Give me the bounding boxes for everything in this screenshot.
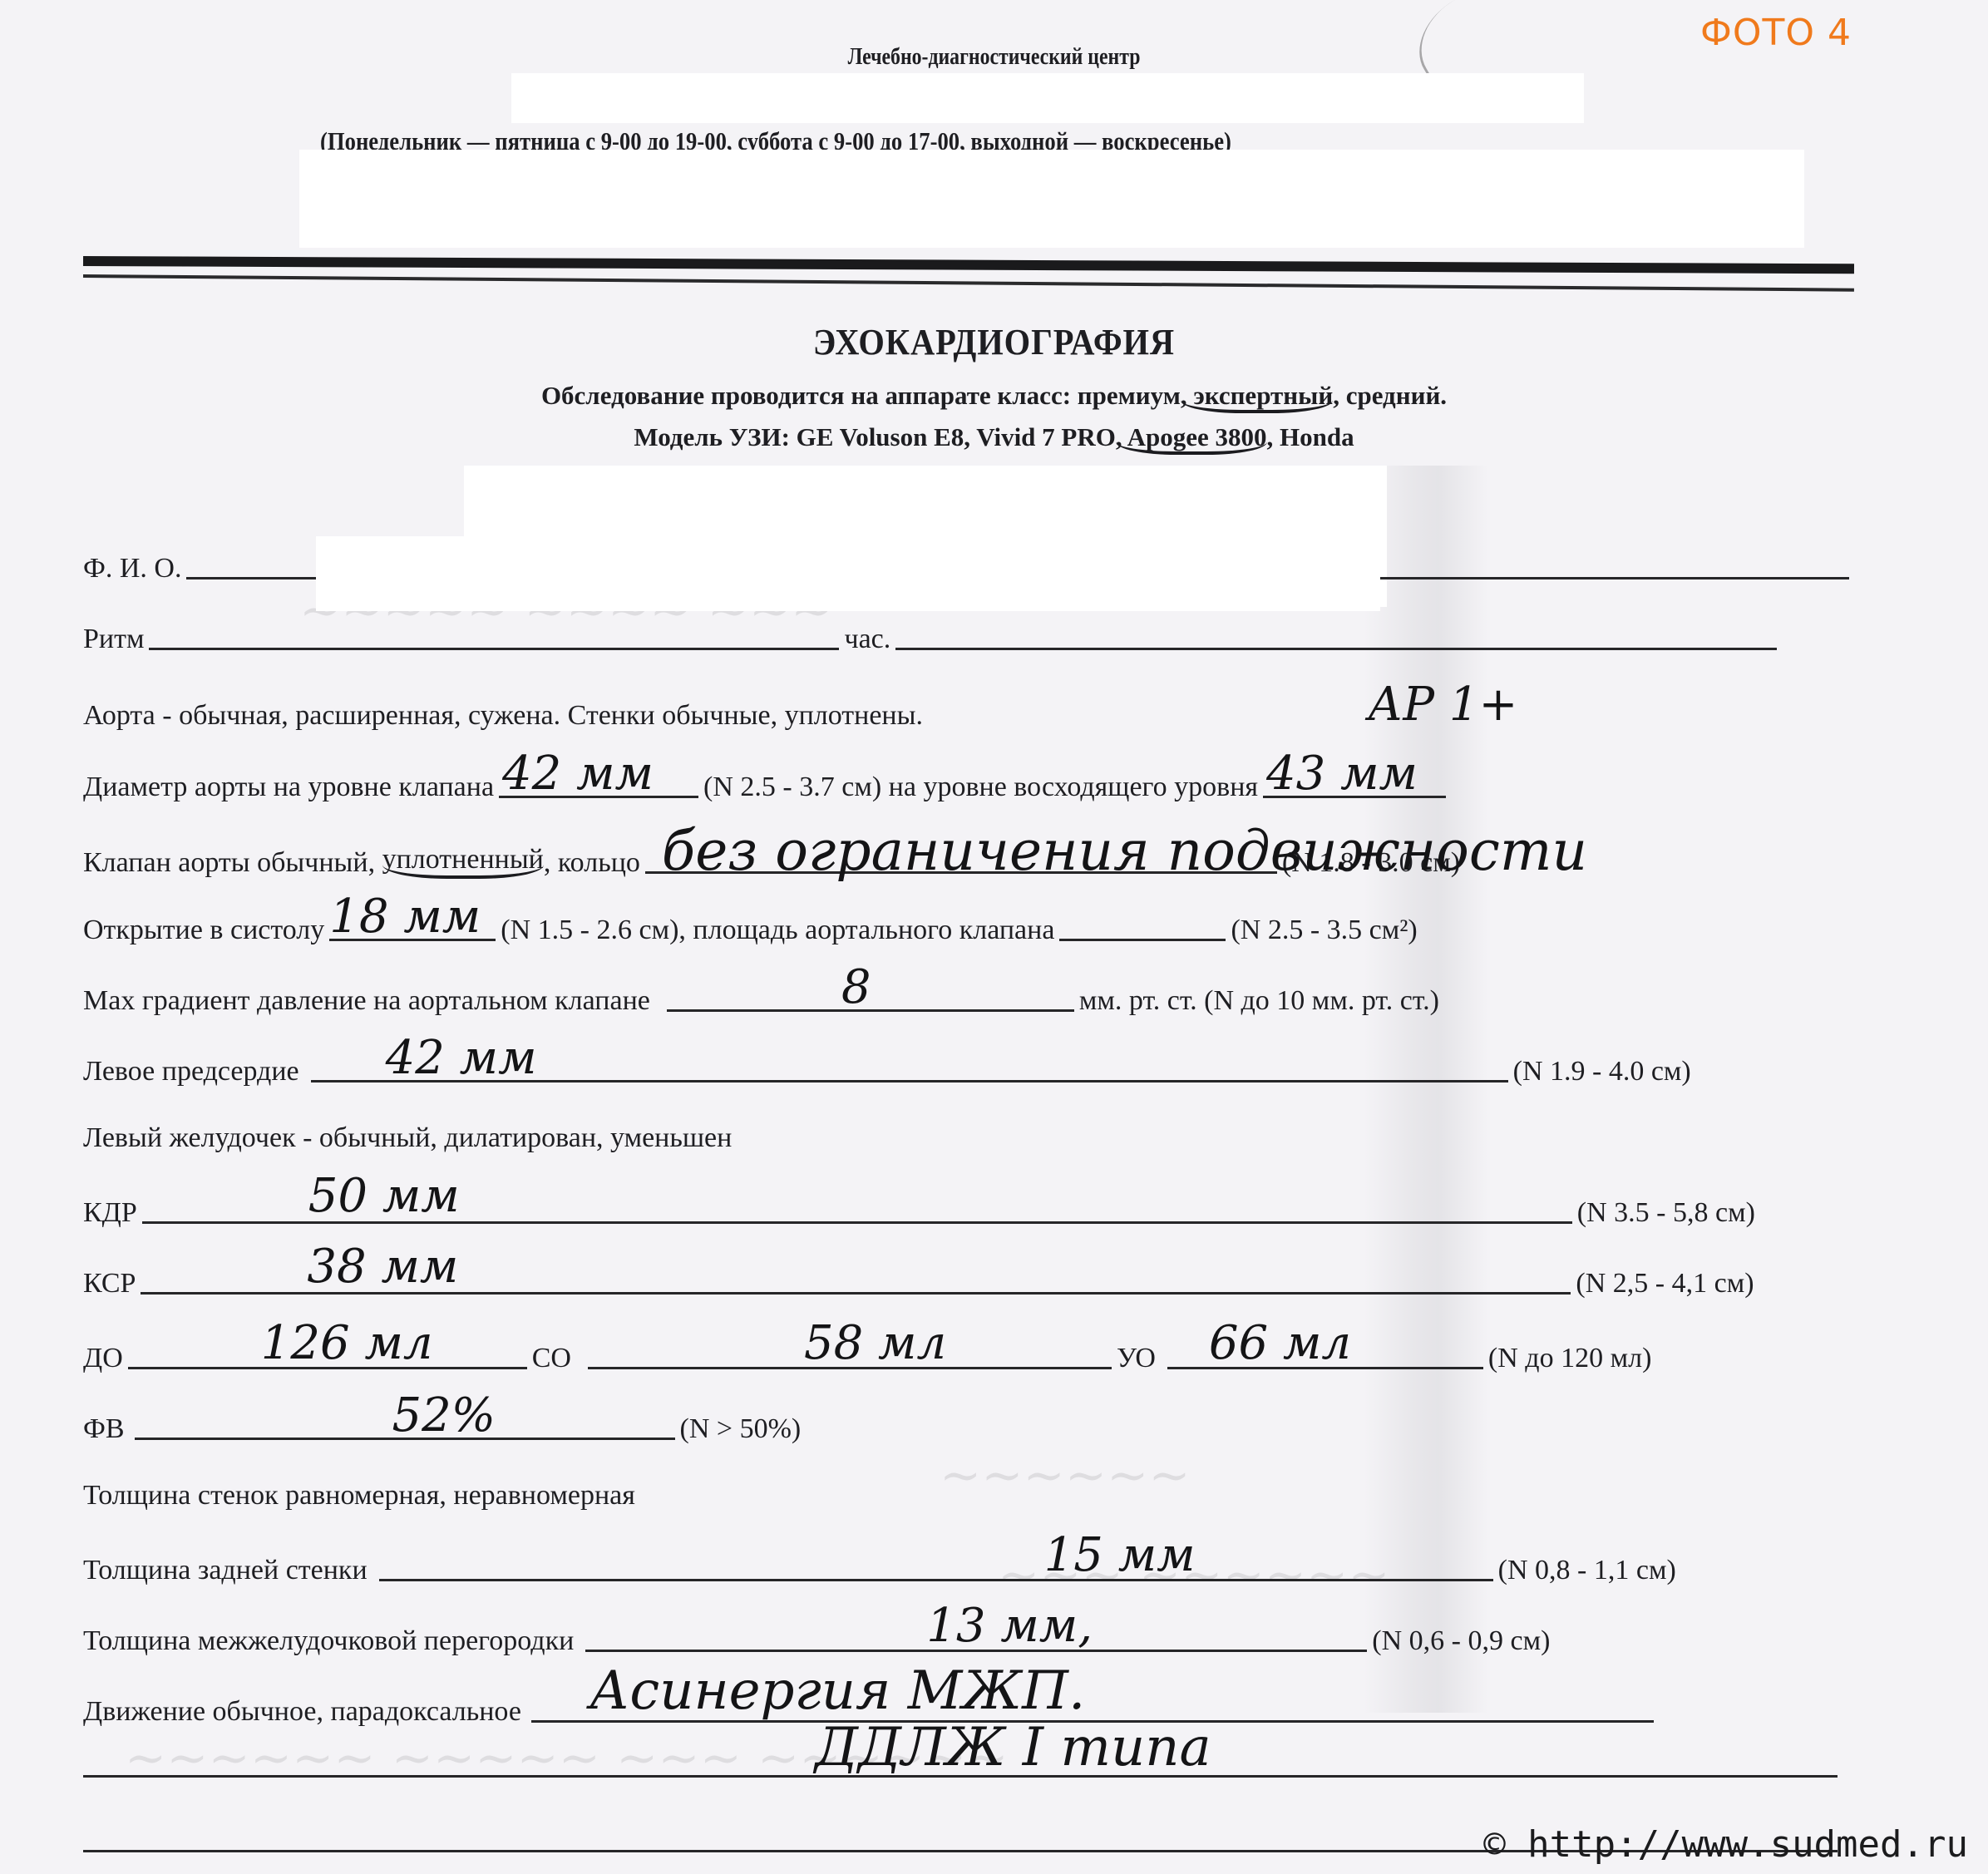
posterior-wall-row: Толщина задней стенки 15 мм (N 0,8 - 1,1… <box>83 1555 1676 1586</box>
kdr-label: КДР <box>83 1197 137 1229</box>
kdr-norm: (N 3.5 - 5,8 см) <box>1577 1197 1755 1229</box>
ef-value: 52% <box>392 1388 496 1442</box>
device-class-line: Обследование проводится на аппарате клас… <box>0 381 1988 411</box>
motion-label: Движение обычное, парадоксальное <box>83 1696 521 1728</box>
aortic-valve-label-suffix: , кольцо <box>544 847 640 879</box>
septum-field[interactable]: 13 мм, <box>585 1650 1367 1652</box>
ksr-label: КСР <box>83 1268 136 1299</box>
rhythm-field[interactable] <box>149 648 839 650</box>
systole-opening-norm: (N 1.5 - 2.6 см), <box>501 915 686 946</box>
header-rule <box>83 274 1854 292</box>
redaction-box <box>299 150 1804 248</box>
device-class-prefix: Обследование проводится на аппарате клас… <box>541 381 1181 410</box>
posterior-wall-value: 15 мм <box>1044 1528 1196 1582</box>
ksr-field[interactable]: 38 мм <box>141 1292 1571 1295</box>
wall-uniformity-label: Толщина стенок равномерная, неравномерна… <box>83 1480 635 1512</box>
systole-opening-row: Открытие в систолу 18 мм (N 1.5 - 2.6 см… <box>83 915 1418 946</box>
systole-opening-value: 18 мм <box>329 890 481 944</box>
valve-area-label: площадь аортального клапана <box>693 915 1054 946</box>
motion-value-line2: ДДЛЖ I типа <box>815 1717 1211 1778</box>
aorta-label: Аорта - обычная, расширенная, сужена. Ст… <box>83 700 923 732</box>
valve-area-norm: (N 2.5 - 3.5 см²) <box>1231 915 1417 946</box>
esv-value: 58 мл <box>804 1316 946 1370</box>
header-rule <box>83 256 1854 274</box>
ksr-value: 38 мм <box>307 1240 458 1294</box>
bleed-through-text: ~~~~~~ <box>940 1447 1191 1505</box>
device-class-suffix: , средний. <box>1333 381 1447 410</box>
left-atrium-field[interactable]: 42 мм <box>311 1080 1508 1082</box>
max-gradient-field[interactable]: 8 <box>667 1009 1074 1012</box>
ef-field[interactable]: 52% <box>135 1438 675 1440</box>
edv-label: ДО <box>83 1343 123 1374</box>
septum-norm: (N 0,6 - 0,9 см) <box>1372 1625 1550 1657</box>
ascending-aorta-value: 43 мм <box>1266 747 1418 801</box>
fio-label: Ф. И. О. <box>83 553 181 584</box>
device-model-suffix: , Honda <box>1267 422 1354 451</box>
ascending-aorta-field[interactable]: 43 мм <box>1263 796 1446 798</box>
posterior-wall-norm: (N 0,8 - 1,1 см) <box>1498 1555 1676 1586</box>
left-atrium-label: Левое предсердие <box>83 1056 299 1087</box>
redaction-box <box>316 536 1380 611</box>
device-model-line: Модель УЗИ: GE Voluson E8, Vivid 7 PRO, … <box>0 422 1988 452</box>
left-ventricle-label: Левый желудочек - обычный, дилатирован, … <box>83 1122 732 1154</box>
device-model-selected: , Apogee 3800 <box>1116 422 1267 455</box>
sv-label: УО <box>1117 1343 1156 1374</box>
left-atrium-norm: (N 1.9 - 4.0 см) <box>1513 1056 1691 1087</box>
rhythm-unit: час. <box>844 624 890 655</box>
max-gradient-value: 8 <box>841 960 871 1014</box>
aortic-ring-field[interactable]: без ограничения подвижности <box>645 871 1277 874</box>
device-class-selected: , экспертный <box>1181 381 1333 413</box>
aorta-diameter-row: Диаметр аорты на уровне клапана 42 мм (N… <box>83 772 1451 803</box>
left-atrium-value: 42 мм <box>386 1031 537 1085</box>
motion-value: Асинергия МЖП. <box>589 1660 1085 1722</box>
aorta-row: Аорта - обычная, расширенная, сужена. Ст… <box>83 700 923 732</box>
aorta-diameter-field[interactable]: 42 мм <box>499 796 698 798</box>
systole-opening-label: Открытие в систолу <box>83 915 324 946</box>
left-ventricle-row: Левый желудочек - обычный, дилатирован, … <box>83 1122 732 1154</box>
aorta-handwritten: АР 1+ <box>1368 678 1517 732</box>
rhythm-label: Ритм <box>83 624 144 655</box>
ksr-row: КСР 38 мм (N 2,5 - 4,1 см) <box>83 1268 1754 1299</box>
ef-norm: (N > 50%) <box>680 1413 802 1445</box>
kdr-row: КДР 50 мм (N 3.5 - 5,8 см) <box>83 1197 1755 1229</box>
max-gradient-norm: мм. рт. ст. (N до 10 мм. рт. ст.) <box>1079 985 1439 1017</box>
aortic-ring-value: без ограничения подвижности <box>662 819 1587 883</box>
rhythm-extra-field[interactable] <box>895 648 1777 650</box>
ksr-norm: (N 2,5 - 4,1 см) <box>1576 1268 1754 1299</box>
ef-row: ФВ 52% (N > 50%) <box>83 1413 801 1445</box>
ascending-aorta-label: на уровне восходящего уровня <box>889 772 1258 803</box>
valve-area-field[interactable] <box>1059 939 1226 941</box>
wall-uniformity-row: Толщина стенок равномерная, неравномерна… <box>83 1480 635 1512</box>
volumes-row: ДО 126 мл СО 58 мл УО 66 мл (N до 120 мл… <box>83 1343 1651 1374</box>
kdr-field[interactable]: 50 мм <box>142 1221 1572 1224</box>
esv-label: СО <box>532 1343 571 1374</box>
ef-label: ФВ <box>83 1413 125 1445</box>
septum-label: Толщина межжелудочковой перегородки <box>83 1625 574 1657</box>
esv-field[interactable]: 58 мл <box>588 1367 1112 1369</box>
sv-value: 66 мл <box>1209 1316 1351 1370</box>
max-gradient-row: Мах градиент давление на аортальном клап… <box>83 985 1439 1017</box>
volumes-norm: (N до 120 мл) <box>1488 1343 1651 1374</box>
septum-value: 13 мм, <box>926 1599 1093 1653</box>
kdr-value: 50 мм <box>308 1169 460 1223</box>
sv-field[interactable]: 66 мл <box>1167 1367 1483 1369</box>
copyright-watermark: © http://www.sudmed.ru <box>1483 1823 1968 1866</box>
edv-field[interactable]: 126 мл <box>128 1367 527 1369</box>
aorta-diameter-value: 42 мм <box>502 747 654 801</box>
center-name: Лечебно-диагностический центр <box>179 43 1809 71</box>
edv-value: 126 мл <box>261 1316 433 1370</box>
systole-opening-field[interactable]: 18 мм <box>329 939 496 941</box>
aorta-diameter-norm: (N 2.5 - 3.7 см) <box>703 772 881 803</box>
aorta-diameter-label: Диаметр аорты на уровне клапана <box>83 772 494 803</box>
motion-continuation-row: ДДЛЖ I типа <box>83 1775 1842 1783</box>
redaction-box <box>511 73 1584 123</box>
posterior-wall-field[interactable]: 15 мм <box>379 1579 1493 1581</box>
device-model-prefix: Модель УЗИ: GE Voluson E8, Vivid 7 PRO <box>634 422 1116 451</box>
page-title: ЭХОКАРДИОГРАФИЯ <box>80 321 1909 363</box>
aortic-valve-label-prefix: Клапан аорты обычный, <box>83 847 375 879</box>
posterior-wall-label: Толщина задней стенки <box>83 1555 368 1586</box>
aortic-valve-selected: уплотненный <box>382 844 544 879</box>
rhythm-row: Ритм час. <box>83 624 1782 655</box>
aortic-valve-row: Клапан аорты обычный, уплотненный, кольц… <box>83 844 1460 879</box>
motion-continuation-field[interactable]: ДДЛЖ I типа <box>83 1775 1838 1778</box>
left-atrium-row: Левое предсердие 42 мм (N 1.9 - 4.0 см) <box>83 1056 1691 1087</box>
septum-row: Толщина межжелудочковой перегородки 13 м… <box>83 1625 1550 1657</box>
max-gradient-label: Мах градиент давление на аортальном клап… <box>83 985 650 1017</box>
